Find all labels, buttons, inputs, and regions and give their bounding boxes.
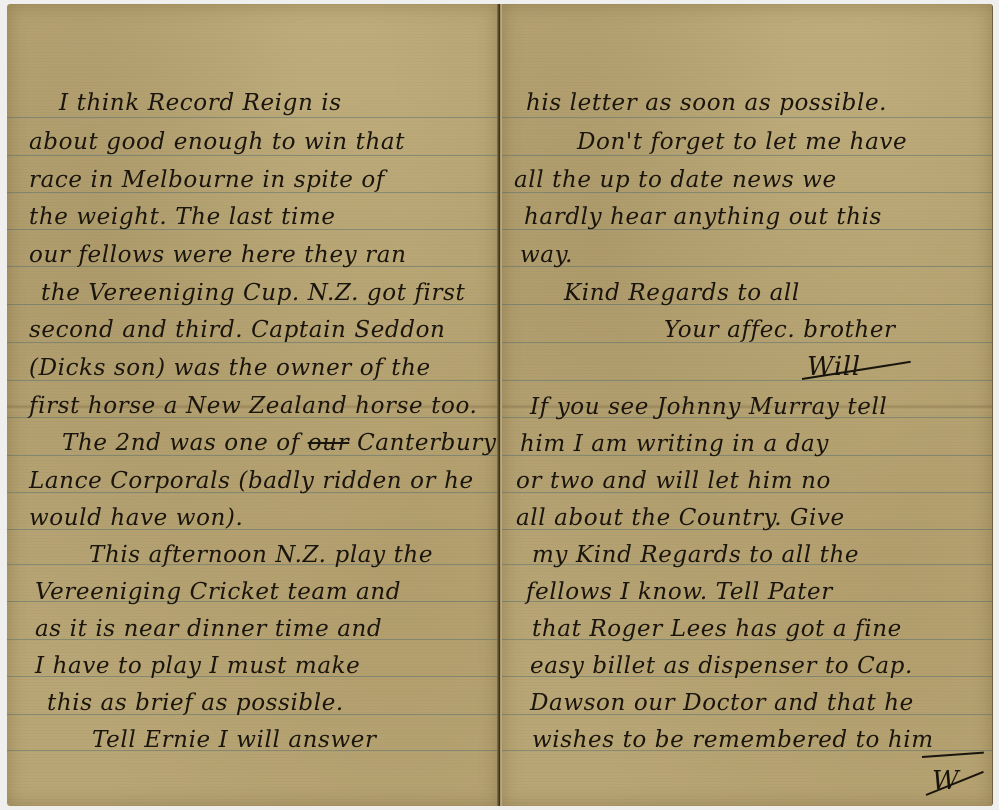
letter-line: as it is near dinner time and xyxy=(35,618,382,641)
postscript-line: all about the Country. Give xyxy=(516,507,845,530)
letter-line: would have won). xyxy=(29,507,243,530)
letter-line: Don't forget to let me have xyxy=(577,131,907,154)
letter-line: race in Melbourne in spite of xyxy=(29,169,385,192)
letter-line: his letter as soon as possible. xyxy=(526,92,887,115)
letter-line: (Dicks son) was the owner of the xyxy=(29,357,431,380)
letter-line: Lance Corporals (badly ridden or he xyxy=(29,470,474,493)
letter-line: our fellows were here they ran xyxy=(29,244,407,267)
postscript-line: my Kind Regards to all the xyxy=(532,544,859,567)
letter-line: about good enough to win that xyxy=(29,131,405,154)
postscript-line: wishes to be remembered to him xyxy=(532,729,934,752)
struck-out-word: our xyxy=(308,430,349,456)
postscript-line: that Roger Lees has got a fine xyxy=(532,618,902,641)
right-page: his letter as soon as possible. Don't fo… xyxy=(502,4,993,806)
postscript-line: or two and will let him no xyxy=(516,470,831,493)
letter-line: this as brief as possible. xyxy=(47,692,344,715)
letter-line: Tell Ernie I will answer xyxy=(92,729,377,752)
postscript-line: him I am writing in a day xyxy=(520,433,829,456)
letter-line: way. xyxy=(520,244,573,267)
postscript-line: fellows I know. Tell Pater xyxy=(526,581,833,604)
letter-line: first horse a New Zealand horse too. xyxy=(29,395,477,418)
valediction: Your affec. brother xyxy=(664,319,896,342)
letter-line: Vereeniging Cricket team and xyxy=(35,581,401,604)
ruled-line xyxy=(7,155,498,156)
letter-line: second and third. Captain Seddon xyxy=(29,319,445,342)
postscript-line: easy billet as dispenser to Cap. xyxy=(530,655,913,678)
letter-text: The 2nd was one of our Canterbury xyxy=(62,430,497,456)
letter-line: I have to play I must make xyxy=(35,655,360,678)
letter-line: all the up to date news we xyxy=(514,169,837,192)
letter-line: the weight. The last time xyxy=(29,206,336,229)
left-page: I think Record Reign is about good enoug… xyxy=(7,4,498,806)
ruled-line xyxy=(502,266,992,267)
ruled-line xyxy=(502,117,992,118)
ruled-line xyxy=(502,155,992,156)
letter-scan: I think Record Reign is about good enoug… xyxy=(0,0,999,810)
letter-line-with-strikeout: The 2nd was one of our Canterbury xyxy=(62,432,497,455)
ruled-line xyxy=(502,380,992,381)
ruled-line xyxy=(7,117,498,118)
letter-line: hardly hear anything out this xyxy=(524,206,882,229)
letter-line: the Vereeniging Cup. N.Z. got first xyxy=(41,282,465,305)
letter-line: This afternoon N.Z. play the xyxy=(89,544,433,567)
postscript-line: If you see Johnny Murray tell xyxy=(530,396,887,419)
closing-line: Kind Regards to all xyxy=(564,282,800,305)
postscript-line: Dawson our Doctor and that he xyxy=(530,692,914,715)
letter-line: I think Record Reign is xyxy=(59,92,342,115)
